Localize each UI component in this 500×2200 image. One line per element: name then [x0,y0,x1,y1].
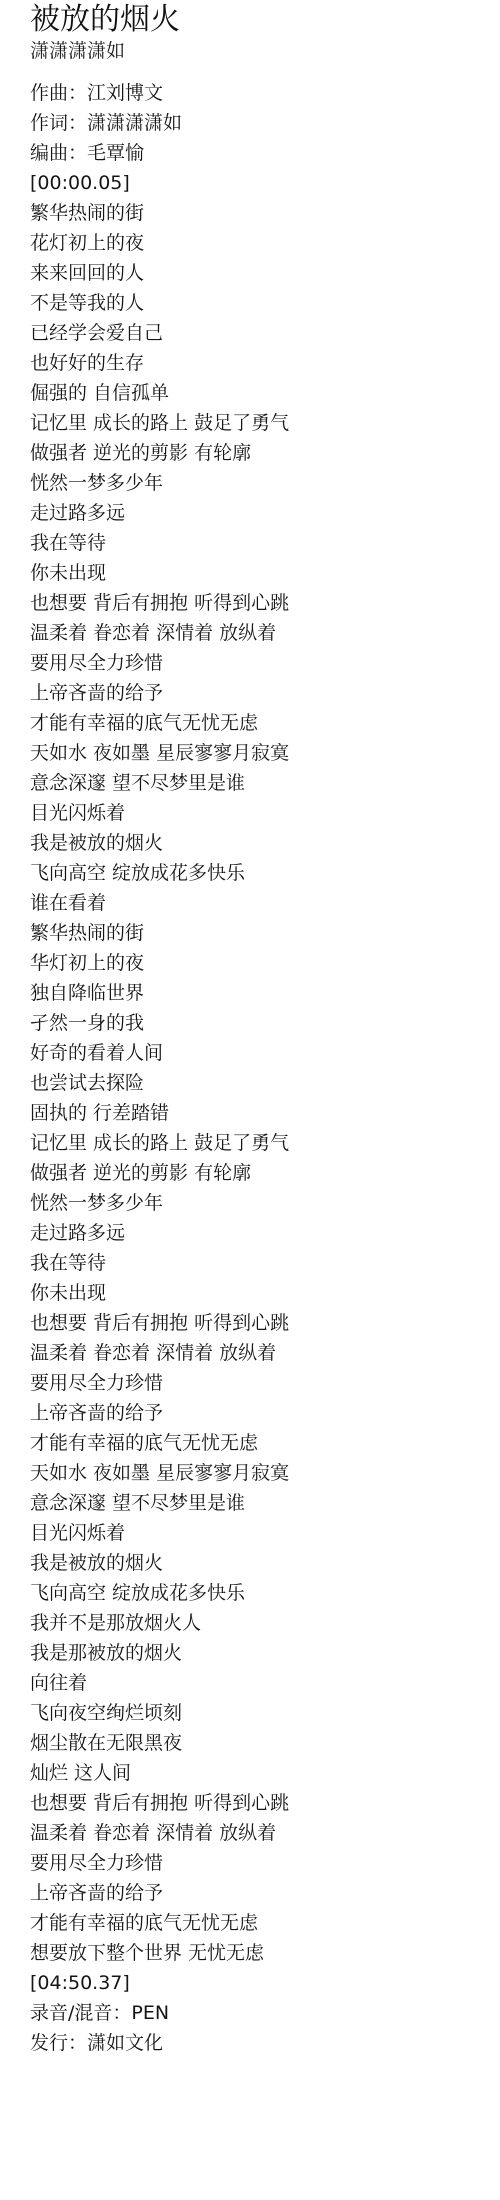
lyric-line: 我是那被放的烟火 [30,1638,490,1668]
lyric-line: 要用尽全力珍惜 [30,1848,490,1878]
song-artist: 潇潇潇潇如 [30,39,490,63]
lyric-line: 独自降临世界 [30,978,490,1008]
lyric-line: 发行：潇如文化 [30,2028,490,2058]
lyric-line: 目光闪烁着 [30,798,490,828]
lyric-line: 要用尽全力珍惜 [30,648,490,678]
lyric-line: 不是等我的人 [30,288,490,318]
lyric-line: [04:50.37] [30,1968,490,1998]
lyric-line: 也想要 背后有拥抱 听得到心跳 [30,1788,490,1818]
lyric-line: 记忆里 成长的路上 鼓足了勇气 [30,1128,490,1158]
lyric-line: 温柔着 眷恋着 深情着 放纵着 [30,618,490,648]
lyric-line: 走过路多远 [30,498,490,528]
lyric-line: 记忆里 成长的路上 鼓足了勇气 [30,408,490,438]
song-title: 被放的烟火 [30,1,490,39]
lyric-line: 天如水 夜如墨 星辰寥寥月寂寞 [30,738,490,768]
lyric-line: 灿烂 这人间 [30,1758,490,1788]
lyric-line: 上帝吝啬的给予 [30,678,490,708]
lyric-line: 倔强的 自信孤单 [30,378,490,408]
lyric-line: 温柔着 眷恋着 深情着 放纵着 [30,1338,490,1368]
lyric-line: 繁华热闹的街 [30,198,490,228]
lyric-line: 我在等待 [30,528,490,558]
lyric-line: 恍然一梦多少年 [30,1188,490,1218]
lyric-line: 烟尘散在无限黑夜 [30,1728,490,1758]
lyric-line: 意念深邃 望不尽梦里是谁 [30,768,490,798]
lyric-line: 也想要 背后有拥抱 听得到心跳 [30,1308,490,1338]
lyric-line: 飞向高空 绽放成花多快乐 [30,1578,490,1608]
lyric-line: 才能有幸福的底气无忧无虑 [30,1908,490,1938]
lyric-line: 你未出现 [30,1278,490,1308]
lyric-line: 我是被放的烟火 [30,828,490,858]
lyrics-list: 作曲：江刘博文作词：潇潇潇潇如编曲：毛覃愉[00:00.05]繁华热闹的街花灯初… [30,78,490,2058]
lyric-line: 录音/混音：PEN [30,1998,490,2028]
lyric-line: 天如水 夜如墨 星辰寥寥月寂寞 [30,1458,490,1488]
lyric-line: 你未出现 [30,558,490,588]
lyrics-page: 被放的烟火 潇潇潇潇如 作曲：江刘博文作词：潇潇潇潇如编曲：毛覃愉[00:00.… [30,0,490,2058]
lyric-line: 做强者 逆光的剪影 有轮廓 [30,438,490,468]
lyric-line: 也好好的生存 [30,348,490,378]
lyric-line: 恍然一梦多少年 [30,468,490,498]
lyric-line: 飞向高空 绽放成花多快乐 [30,858,490,888]
lyric-line: 上帝吝啬的给予 [30,1398,490,1428]
lyric-line: 上帝吝啬的给予 [30,1878,490,1908]
lyric-line: 编曲：毛覃愉 [30,138,490,168]
lyric-line: 我是被放的烟火 [30,1548,490,1578]
lyric-line: 想要放下整个世界 无忧无虑 [30,1938,490,1968]
lyric-line: 作词：潇潇潇潇如 [30,108,490,138]
lyric-line: 固执的 行差踏错 [30,1098,490,1128]
lyric-line: 目光闪烁着 [30,1518,490,1548]
lyric-line: 做强者 逆光的剪影 有轮廓 [30,1158,490,1188]
lyric-line: 我在等待 [30,1248,490,1278]
lyric-line: 也尝试去探险 [30,1068,490,1098]
lyric-line: [00:00.05] [30,168,490,198]
lyric-line: 已经学会爱自己 [30,318,490,348]
lyric-line: 向往着 [30,1668,490,1698]
lyric-line: 走过路多远 [30,1218,490,1248]
lyric-line: 我并不是那放烟火人 [30,1608,490,1638]
lyric-line: 要用尽全力珍惜 [30,1368,490,1398]
lyric-line: 孑然一身的我 [30,1008,490,1038]
lyric-line: 作曲：江刘博文 [30,78,490,108]
lyric-line: 才能有幸福的底气无忧无虑 [30,708,490,738]
lyric-line: 花灯初上的夜 [30,228,490,258]
lyric-line: 好奇的看着人间 [30,1038,490,1068]
lyric-line: 温柔着 眷恋着 深情着 放纵着 [30,1818,490,1848]
lyric-line: 来来回回的人 [30,258,490,288]
lyric-line: 繁华热闹的街 [30,918,490,948]
lyric-line: 也想要 背后有拥抱 听得到心跳 [30,588,490,618]
lyric-line: 才能有幸福的底气无忧无虑 [30,1428,490,1458]
lyric-line: 谁在看着 [30,888,490,918]
lyric-line: 意念深邃 望不尽梦里是谁 [30,1488,490,1518]
lyric-line: 飞向夜空绚烂顷刻 [30,1698,490,1728]
lyric-line: 华灯初上的夜 [30,948,490,978]
